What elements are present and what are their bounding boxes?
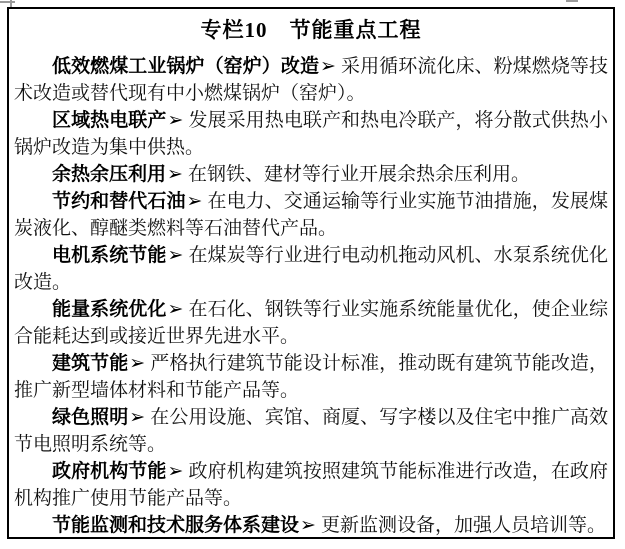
paragraph-heading: 能量系统优化 [52, 299, 166, 320]
paragraph-heading: 低效燃煤工业锅炉（窑炉）改造 [52, 56, 319, 77]
list-item: 节能监测和技术服务体系建设➢更新监测设备，加强人员培训等。 [14, 512, 608, 539]
list-item: 余热余压利用➢在钢铁、建材等行业开展余热余压利用。 [14, 161, 608, 188]
arrow-right-icon: ➢ [187, 188, 203, 215]
paragraph-heading: 电机系统节能 [52, 245, 166, 266]
paragraph-heading: 建筑节能 [52, 353, 128, 374]
arrow-right-icon: ➢ [167, 161, 183, 188]
list-item: 区域热电联产➢发展采用热电联产和热电冷联产，将分散式供热小锅炉改造为集中供热。 [14, 107, 608, 161]
paragraph-heading: 政府机构节能 [52, 461, 166, 482]
arrow-right-icon: ➢ [129, 404, 145, 431]
list-item: 电机系统节能➢在煤炭等行业进行电动机拖动风机、水泵系统优化改造。 [14, 242, 608, 296]
column-box: 专栏10 节能重点工程 低效燃煤工业锅炉（窑炉）改造➢采用循环流化床、粉煤燃烧等… [7, 7, 615, 539]
paragraph-heading: 节约和替代石油 [52, 191, 186, 212]
list-item: 能量系统优化➢在石化、钢铁等行业实施系统能量优化，使企业综合能耗达到或接近世界先… [14, 296, 608, 350]
document-page: 专栏10 节能重点工程 低效燃煤工业锅炉（窑炉）改造➢采用循环流化床、粉煤燃烧等… [0, 0, 625, 549]
list-item: 政府机构节能➢政府机构建筑按照建筑节能标准进行改造，在政府机构推广使用节能产品等… [14, 458, 608, 512]
paragraph-heading: 绿色照明 [52, 407, 128, 428]
paragraph-heading: 节能监测和技术服务体系建设 [52, 515, 299, 536]
arrow-right-icon: ➢ [167, 242, 183, 269]
paragraph-heading: 区域热电联产 [52, 110, 166, 131]
list-item: 建筑节能➢严格执行建筑节能设计标准，推动既有建筑节能改造，推广新型墙体材料和节能… [14, 350, 608, 404]
arrow-right-icon: ➢ [167, 296, 183, 323]
paragraph-heading: 余热余压利用 [52, 164, 166, 185]
arrow-right-icon: ➢ [167, 107, 183, 134]
list-item: 低效燃煤工业锅炉（窑炉）改造➢采用循环流化床、粉煤燃烧等技术改造或替代现有中小燃… [14, 53, 608, 107]
scan-artifact [566, 0, 578, 2]
list-item: 节约和替代石油➢在电力、交通运输等行业实施节油措施，发展煤炭液化、醇醚类燃料等石… [14, 188, 608, 242]
paragraph-list: 低效燃煤工业锅炉（窑炉）改造➢采用循环流化床、粉煤燃烧等技术改造或替代现有中小燃… [14, 53, 608, 539]
list-item: 绿色照明➢在公用设施、宾馆、商厦、写字楼以及住宅中推广高效节电照明系统等。 [14, 404, 608, 458]
scan-artifact [0, 1, 15, 3]
arrow-right-icon: ➢ [129, 350, 145, 377]
paragraph-body: 更新监测设备，加强人员培训等。 [321, 515, 606, 536]
page-title: 专栏10 节能重点工程 [14, 15, 608, 45]
arrow-right-icon: ➢ [300, 512, 316, 539]
arrow-right-icon: ➢ [320, 53, 336, 80]
arrow-right-icon: ➢ [167, 458, 183, 485]
paragraph-body: 在钢铁、建材等行业开展余热余压利用。 [188, 164, 530, 185]
